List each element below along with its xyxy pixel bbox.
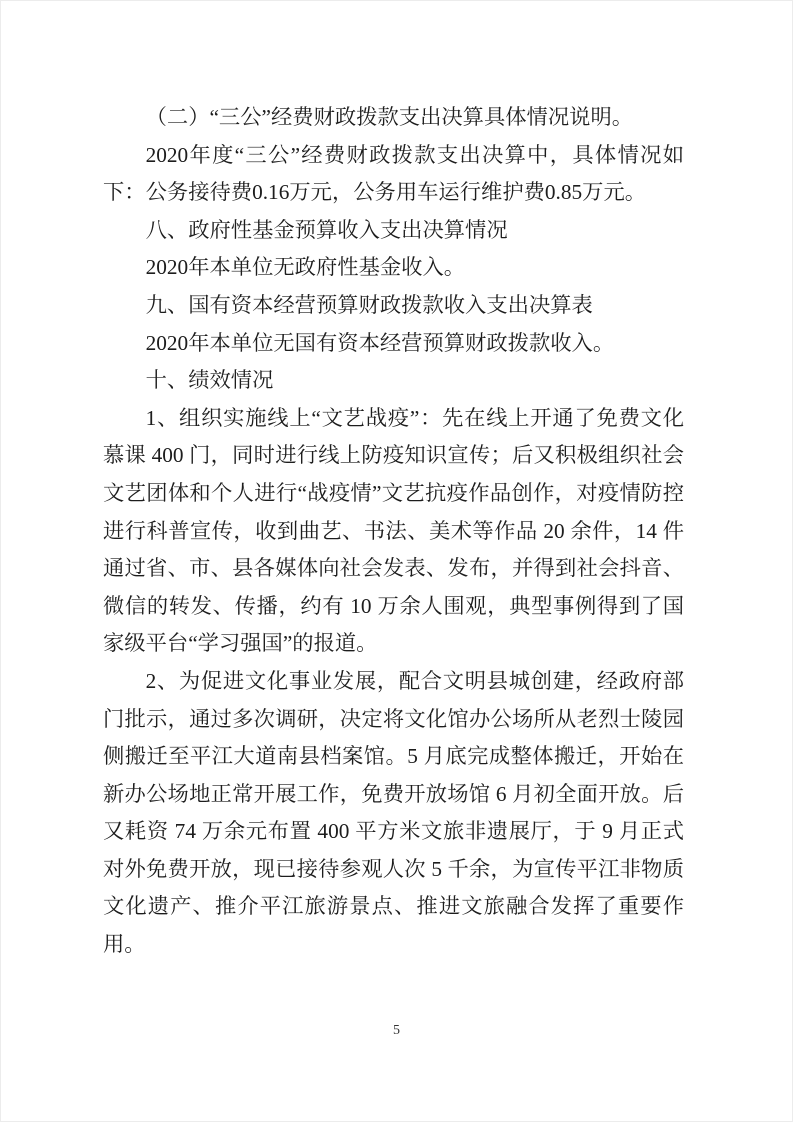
paragraph-section-9: 2020年本单位无国有资本经营预算财政拨款收入。: [103, 325, 684, 363]
subsection-heading-sangong-detail: （二）“三公”经费财政拨款支出决算具体情况说明。: [103, 99, 684, 137]
section-heading-10-performance: 十、绩效情况: [103, 362, 684, 400]
page-footer: 5: [0, 1021, 793, 1040]
paragraph-sangong-detail: 2020年度“三公”经费财政拨款支出决算中，具体情况如下：公务接待费0.16万元…: [103, 137, 684, 212]
page-number: 5: [393, 1023, 400, 1038]
section-heading-8-government-funds: 八、政府性基金预算收入支出决算情况: [103, 212, 684, 250]
paragraph-performance-2: 2、为促进文化事业发展，配合文明县城创建，经政府部门批示，通过多次调研，决定将文…: [103, 663, 684, 964]
document-body: （二）“三公”经费财政拨款支出决算具体情况说明。2020年度“三公”经费财政拨款…: [103, 99, 684, 964]
paragraph-performance-1: 1、组织实施线上“文艺战疫”：先在线上开通了免费文化慕课 400 门，同时进行线…: [103, 400, 684, 663]
section-heading-9-state-capital: 九、国有资本经营预算财政拨款收入支出决算表: [103, 287, 684, 325]
paragraph-section-8: 2020年本单位无政府性基金收入。: [103, 249, 684, 287]
document-page: （二）“三公”经费财政拨款支出决算具体情况说明。2020年度“三公”经费财政拨款…: [0, 0, 793, 1122]
